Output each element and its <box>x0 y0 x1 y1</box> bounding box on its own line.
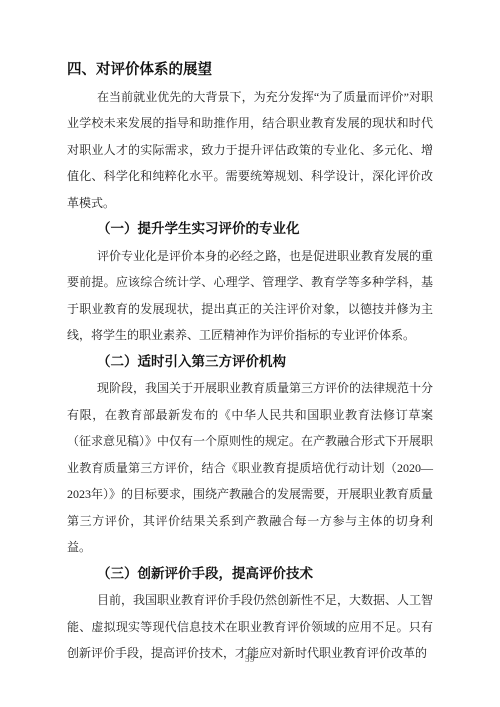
section-paragraph-1: 评价专业化是评价本身的必经之路，也是促进职业教育发展的重要前提。应该综合统计学、… <box>67 243 433 349</box>
page-footer: 59 <box>0 649 500 667</box>
section-heading-1: （一）提升学生实习评价的专业化 <box>67 216 433 243</box>
page-content: 四、对评价体系的展望 在当前就业优先的大背景下，为充分发挥“为了质量而评价”对职… <box>67 57 433 667</box>
intro-paragraph: 在当前就业优先的大背景下，为充分发挥“为了质量而评价”对职业学校未来发展的指导和… <box>67 84 433 217</box>
section-heading-3: （三）创新评价手段，提高评价技术 <box>67 561 433 588</box>
section-paragraph-2: 现阶段，我国关于开展职业教育质量第三方评价的法律规范十分有限，在教育部最新发布的… <box>67 375 433 561</box>
page-number: 59 <box>245 654 255 664</box>
chapter-heading: 四、对评价体系的展望 <box>67 57 433 84</box>
document-page: 四、对评价体系的展望 在当前就业优先的大背景下，为充分发挥“为了质量而评价”对职… <box>0 0 500 707</box>
section-heading-2: （二）适时引入第三方评价机构 <box>67 349 433 376</box>
